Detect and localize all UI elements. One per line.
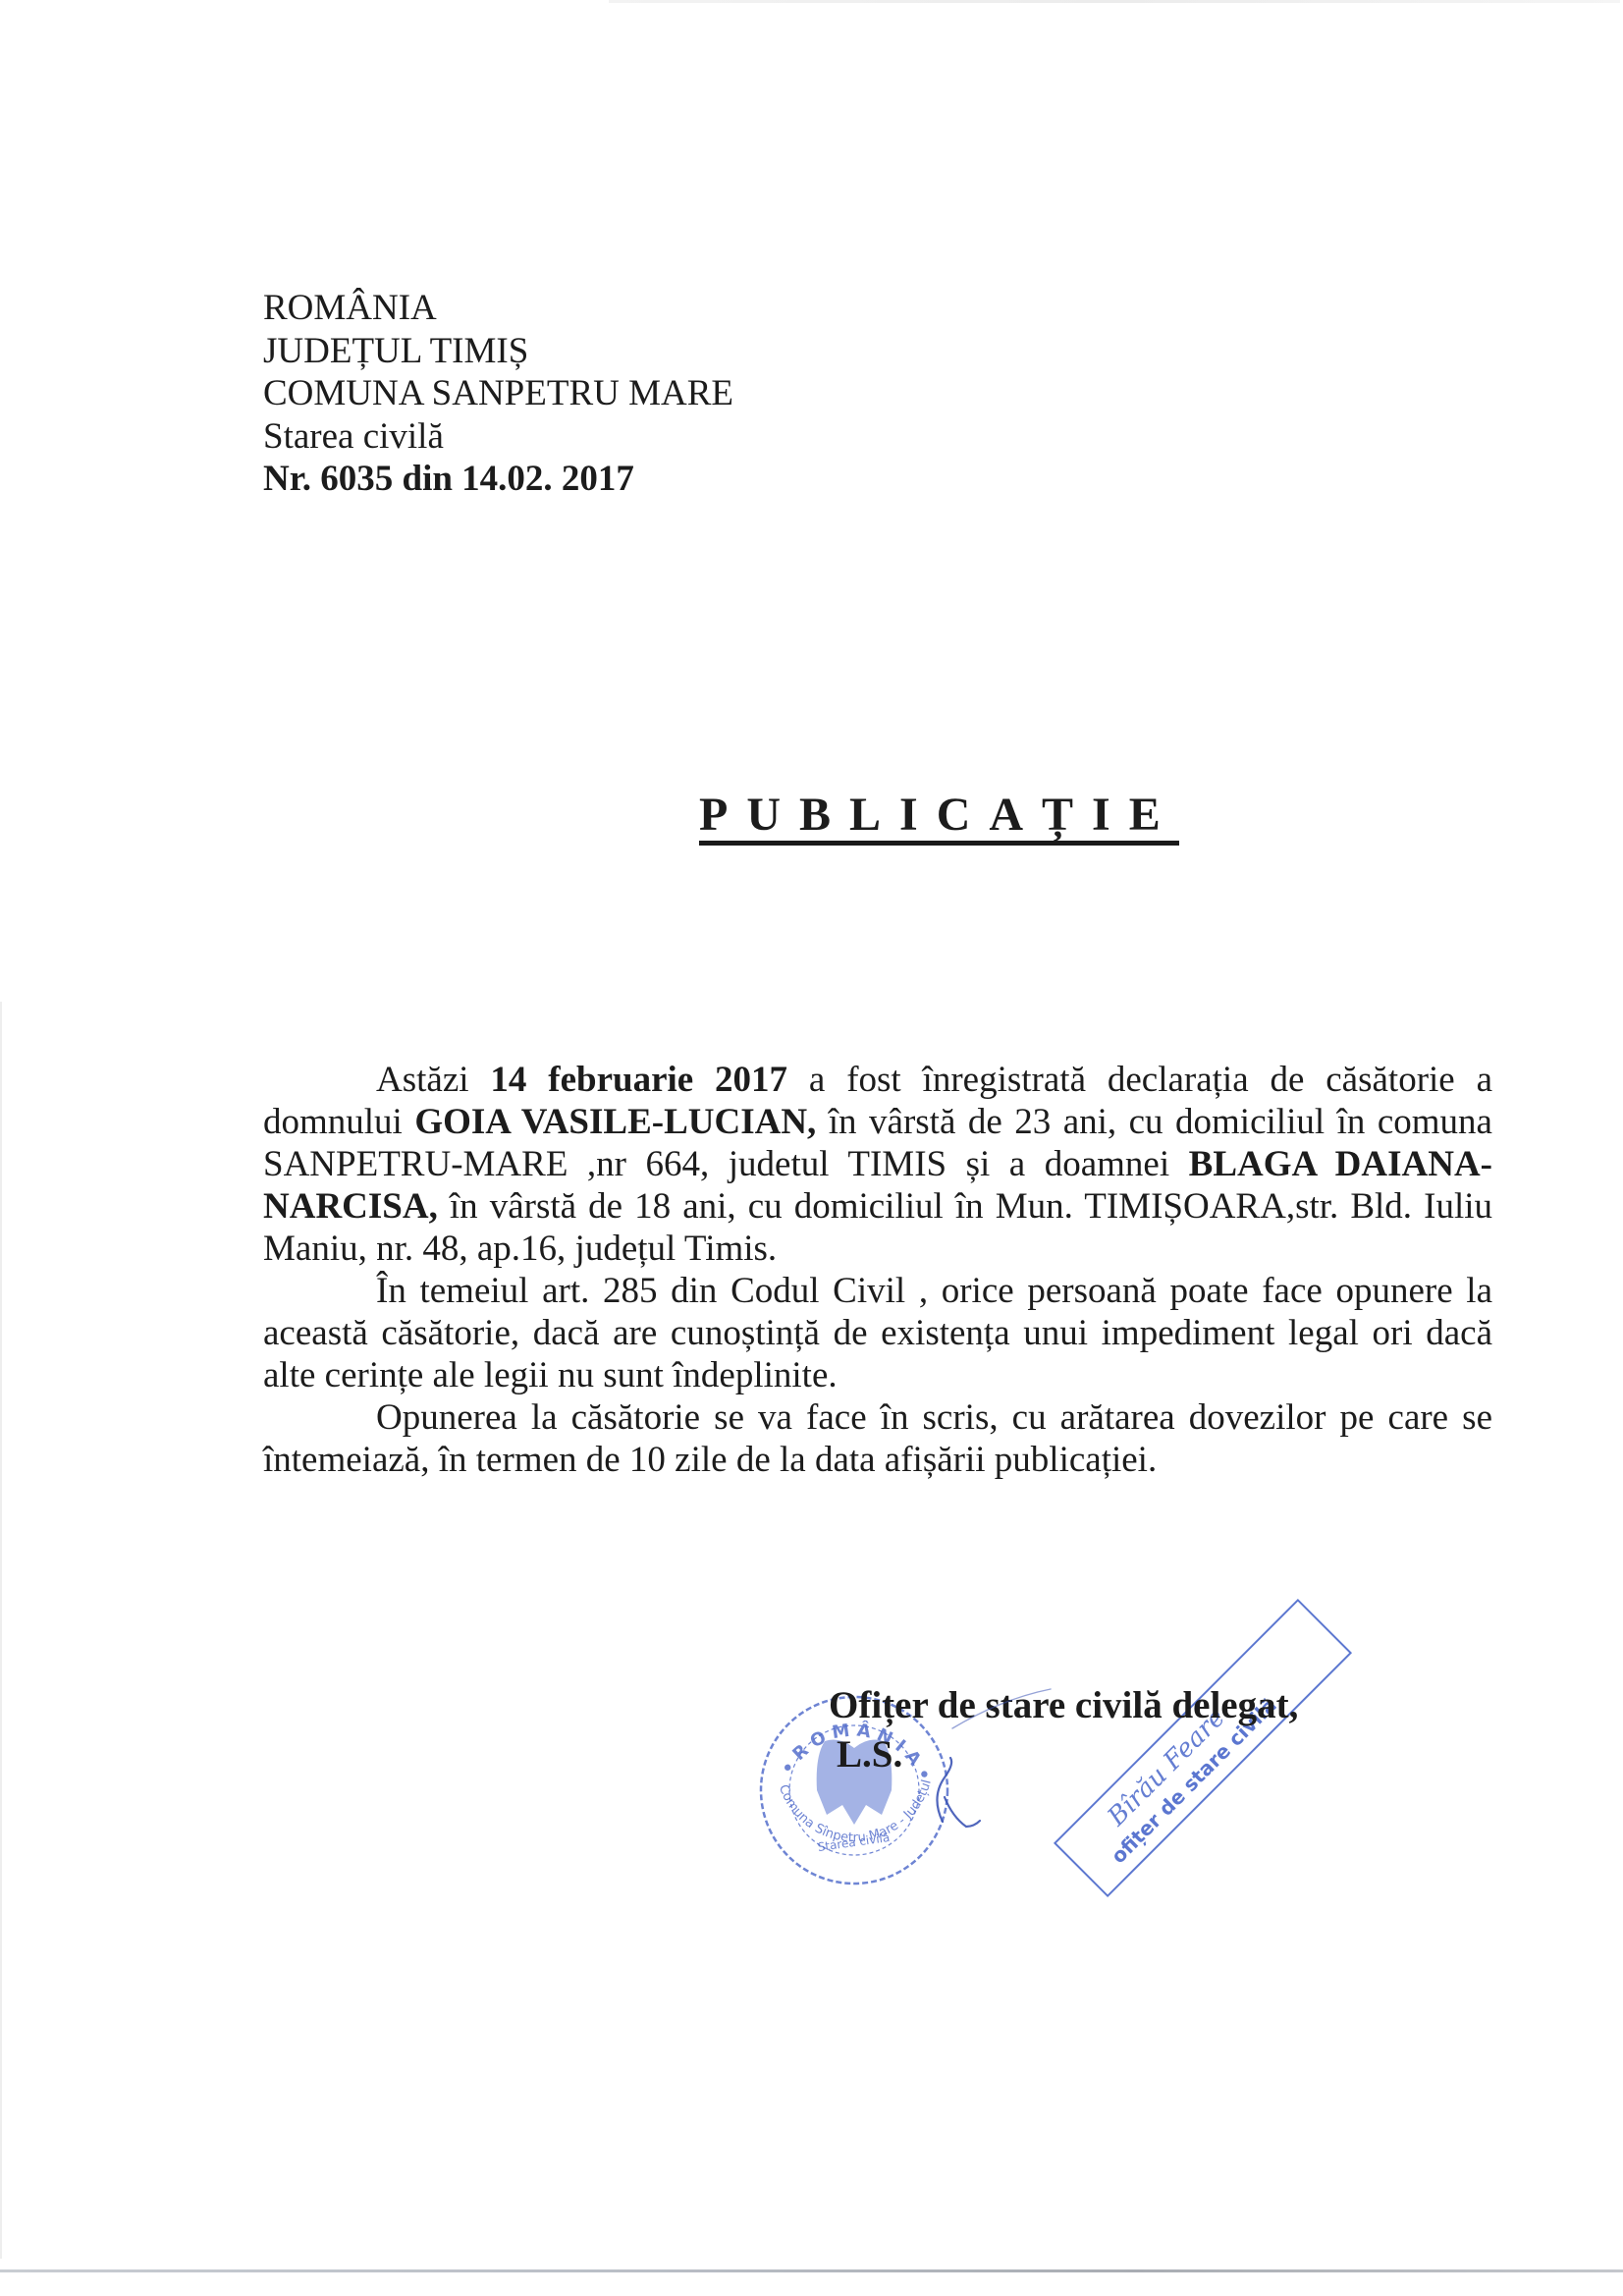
text: Astăzi (376, 1060, 490, 1100)
header-department: Starea civilă (263, 415, 733, 459)
paragraph-opposition: Opunerea la căsătorie se va face în scri… (263, 1396, 1492, 1481)
document-page: ROMÂNIA JUDEȚUL TIMIȘ COMUNA SANPETRU MA… (0, 0, 1623, 2296)
handwritten-signature-icon (923, 1679, 1060, 1836)
text: în vârstă de 18 ani, cu domiciliul în Mu… (263, 1186, 1492, 1269)
seal-label: L.S. (829, 1730, 1298, 1779)
issuer-header: ROMÂNIA JUDEȚUL TIMIȘ COMUNA SANPETRU MA… (263, 287, 733, 501)
signature-block: Ofițer de stare civilă delegat, L.S. (829, 1681, 1298, 1779)
document-title: PUBLICAȚIE (699, 792, 1179, 846)
scan-edge-top (609, 0, 1620, 3)
signatory-role: Ofițer de stare civilă delegat, (829, 1681, 1298, 1730)
header-county: JUDEȚUL TIMIȘ (263, 330, 733, 373)
declaration-date: 14 februarie 2017 (490, 1060, 787, 1100)
scan-edge-left (0, 1002, 2, 2259)
header-registration-number: Nr. 6035 din 14.02. 2017 (263, 458, 733, 501)
header-commune: COMUNA SANPETRU MARE (263, 372, 733, 415)
scan-edge-bottom (0, 2269, 1623, 2272)
groom-name: GOIA VASILE-LUCIAN, (414, 1102, 816, 1142)
paragraph-declaration: Astăzi 14 februarie 2017 a fost înregist… (263, 1059, 1492, 1270)
document-body: Astăzi 14 februarie 2017 a fost înregist… (263, 1059, 1492, 1481)
header-country: ROMÂNIA (263, 287, 733, 330)
paragraph-legal-basis: În temeiul art. 285 din Codul Civil , or… (263, 1270, 1492, 1396)
